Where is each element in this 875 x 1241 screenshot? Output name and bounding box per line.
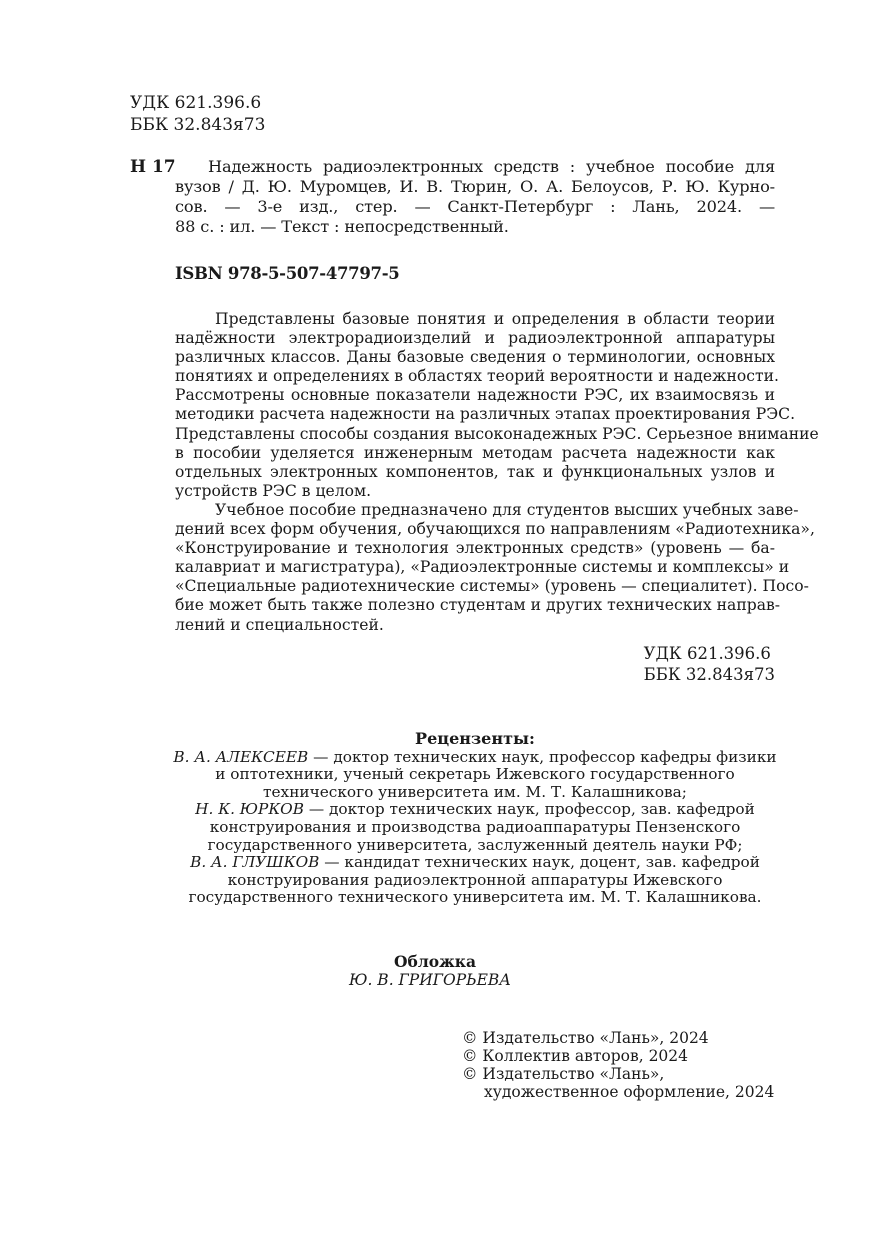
cover-credit: Обложка Ю. В. ГРИГОРЬЕВА: [340, 953, 530, 989]
reviewer-desc: — доктор технических наук, профессор каф…: [308, 748, 776, 766]
reviewer-name: Н. К. ЮРКОВ: [195, 800, 304, 818]
bbk-code: ББК 32.843я73: [130, 114, 265, 136]
reviewer-name: В. А. АЛЕКСЕЕВ: [173, 748, 308, 766]
reviewer-desc: государственного технического университе…: [140, 889, 810, 907]
biblio-line: вузов / Д. Ю. Муромцев, И. В. Тюрин, О. …: [175, 177, 775, 197]
reviewer-desc: — доктор технических наук, профессор, за…: [304, 800, 755, 818]
biblio-line: сов. — 3-е изд., стер. — Санкт-Петербург…: [175, 197, 775, 217]
bibliographic-record: Надежность радиоэлектронных средств : уч…: [175, 157, 775, 237]
abstract-line: устройств РЭС в целом.: [175, 482, 775, 501]
abstract-line: Рассмотрены основные показатели надежнос…: [175, 386, 775, 405]
cover-designer: Ю. В. ГРИГОРЬЕВА: [330, 971, 530, 989]
reviewers-block: Рецензенты: В. А. АЛЕКСЕЕВ — доктор техн…: [140, 730, 810, 907]
isbn: ISBN 978-5-507-47797-5: [175, 264, 399, 284]
abstract-line: методики расчета надежности на различных…: [175, 405, 775, 424]
abstract-line: бие может быть также полезно студентам и…: [175, 596, 775, 615]
reviewer-desc: конструирования радиоэлектронной аппарат…: [140, 872, 810, 890]
copyright-line: © Коллектив авторов, 2024: [462, 1047, 774, 1065]
bbk-code: ББК 32.843я73: [644, 664, 775, 685]
abstract-line: Учебное пособие предназначено для студен…: [175, 501, 775, 520]
reviewer-desc: — кандидат технических наук, доцент, зав…: [319, 853, 760, 871]
abstract-paragraph-2: Учебное пособие предназначено для студен…: [175, 501, 775, 635]
abstract-line: «Специальные радиотехнические системы» (…: [175, 577, 775, 596]
biblio-line: 88 с. : ил. — Текст : непосредственный.: [175, 217, 775, 237]
udk-code: УДК 621.396.6: [130, 92, 265, 114]
abstract-paragraph-1: Представлены базовые понятия и определен…: [175, 310, 775, 501]
abstract: Представлены базовые понятия и определен…: [175, 310, 775, 635]
copyright-line: © Издательство «Лань»,: [462, 1065, 774, 1083]
cover-title: Обложка: [340, 953, 530, 971]
reviewer: Н. К. ЮРКОВ — доктор технических наук, п…: [140, 801, 810, 854]
abstract-line: калавриат и магистратура), «Радиоэлектро…: [175, 558, 775, 577]
abstract-line: отдельных электронных компонентов, так и…: [175, 463, 775, 482]
classification-codes-top: УДК 621.396.6 ББК 32.843я73: [130, 92, 265, 136]
reviewer-name: В. А. ГЛУШКОВ: [190, 853, 319, 871]
copyright-line: © Издательство «Лань», 2024: [462, 1029, 774, 1047]
reviewer: В. А. ГЛУШКОВ — кандидат технических нау…: [140, 854, 810, 907]
abstract-line: «Конструирование и технология электронны…: [175, 539, 775, 558]
reviewer: В. А. АЛЕКСЕЕВ — доктор технических наук…: [140, 749, 810, 802]
abstract-line: Представлены способы создания высоконаде…: [175, 425, 775, 444]
classification-codes-bottom: УДК 621.396.6 ББК 32.843я73: [644, 643, 775, 685]
abstract-line: дений всех форм обучения, обучающихся по…: [175, 520, 775, 539]
reviewers-title: Рецензенты:: [140, 730, 810, 748]
abstract-line: Представлены базовые понятия и определен…: [175, 310, 775, 329]
reviewer-desc: и оптотехники, ученый секретарь Ижевског…: [140, 766, 810, 784]
abstract-line: в пособии уделяется инженерным методам р…: [175, 444, 775, 463]
abstract-line: лений и специальностей.: [175, 616, 775, 635]
reviewer-desc: государственного университета, заслуженн…: [140, 837, 810, 855]
udk-code: УДК 621.396.6: [644, 643, 775, 664]
author-sign-code: Н 17: [130, 157, 176, 177]
copyright-line: художественное оформление, 2024: [462, 1083, 774, 1101]
abstract-line: надёжности электрорадиоизделий и радиоэл…: [175, 329, 775, 348]
abstract-line: различных классов. Даны базовые сведения…: [175, 348, 775, 367]
abstract-line: понятиях и определениях в областях теори…: [175, 367, 775, 386]
reviewer-desc: конструирования и производства радиоаппа…: [140, 819, 810, 837]
biblio-line: Надежность радиоэлектронных средств : уч…: [175, 157, 775, 177]
copyright-block: © Издательство «Лань», 2024 © Коллектив …: [462, 1029, 774, 1101]
reviewer-desc: технического университета им. М. Т. Кала…: [140, 784, 810, 802]
